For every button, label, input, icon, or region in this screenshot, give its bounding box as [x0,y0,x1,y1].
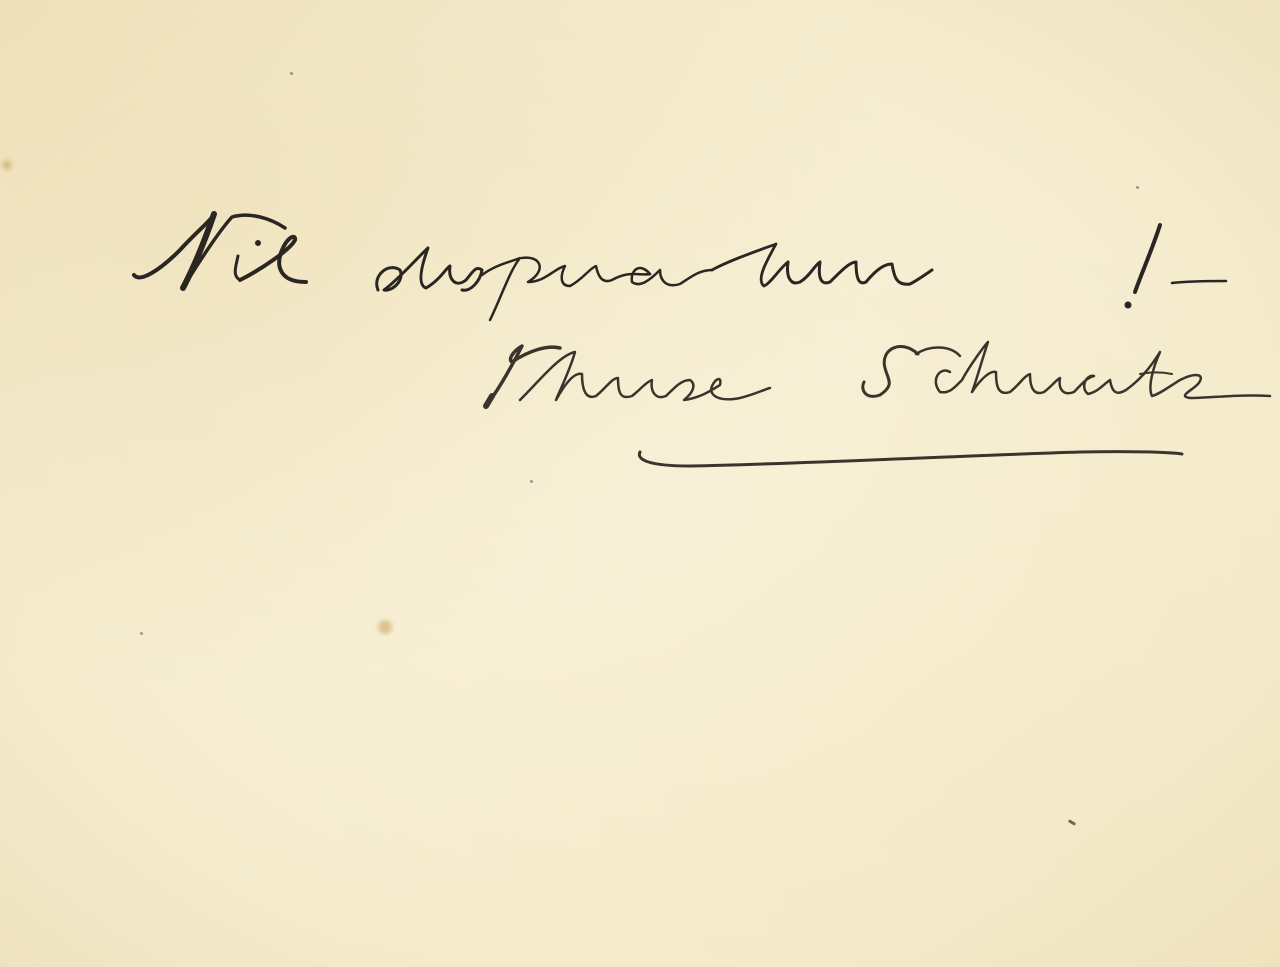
handwriting-ink [0,0,1280,967]
motto-text: Nil desperandum! — [130,225,1125,299]
signature-text: Therese Schwartze [485,345,1280,415]
